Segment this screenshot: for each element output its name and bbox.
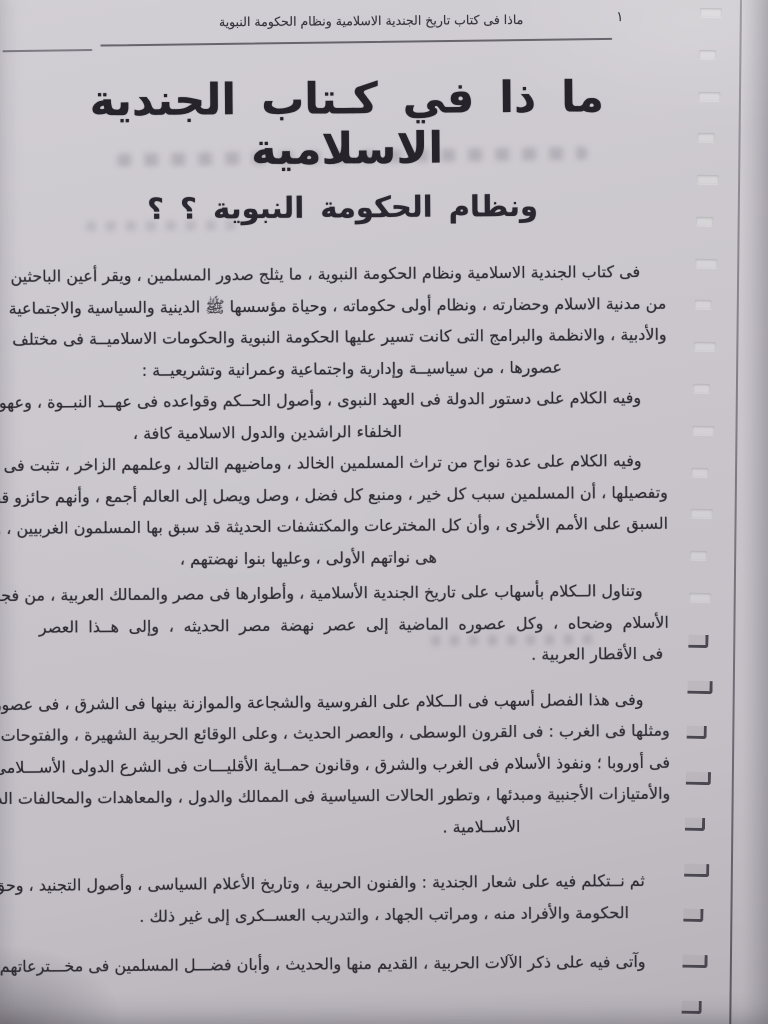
binding-perforation-mark bbox=[685, 818, 705, 831]
binding-perforation-mark bbox=[692, 426, 714, 435]
binding-perforation-mark bbox=[687, 680, 712, 693]
binding-perforation-mark bbox=[691, 509, 713, 518]
binding-perforation-mark bbox=[698, 91, 720, 100]
binding-perforation-mark bbox=[696, 217, 713, 226]
page-subtitle: ونظام الحكومة النبوية ؟ ؟ bbox=[127, 189, 557, 226]
body-line: والأدبية ، والانظمة والبرامج التى كانت ت… bbox=[37, 319, 667, 355]
body-line: من مدنية الاسلام وحضارته ، ونظام أولى حك… bbox=[36, 287, 666, 323]
body-line: ومثلها فى الغرب : فى القرون الوسطى ، وال… bbox=[40, 715, 670, 751]
running-header-title: ماذا فى كتاب تاريخ الجندية الاسلامية ونظ… bbox=[176, 12, 566, 30]
body-line: الأسلام وضحاه ، وكل عصوره الماضية إلى عص… bbox=[39, 606, 669, 642]
body-line: فى الأقطار العربية . bbox=[39, 638, 669, 674]
body-line: وفيه الكلام على عدة نواح من تراث المسلمي… bbox=[38, 445, 668, 481]
body-line: وتفصيلها ، أن المسلمين سبب كل خير ، ومنب… bbox=[38, 476, 668, 512]
binding-perforation-mark bbox=[690, 551, 707, 560]
body-line: وفيه الكلام على دستور الدولة فى العهد ال… bbox=[37, 382, 667, 418]
binding-perforation-mark bbox=[700, 8, 722, 17]
binding-perforation-mark bbox=[684, 863, 709, 876]
binding-perforation-mark bbox=[686, 772, 711, 785]
body-line: السبق على الأمم الأخرى ، وأن كل المخترعا… bbox=[38, 508, 668, 544]
page-edge-shadow bbox=[742, 0, 768, 1024]
paragraph: وتناول الــكلام بأسهاب على تاريخ الجندية… bbox=[39, 575, 670, 674]
binding-perforation-mark bbox=[694, 342, 716, 351]
body-line: ثم نــتكلم فيه على شعار الجندية : والفنو… bbox=[41, 865, 671, 901]
binding-perforation-mark bbox=[699, 50, 716, 59]
binding-perforation-mark bbox=[682, 955, 707, 968]
paragraph: وفيه الكلام على دستور الدولة فى العهد ال… bbox=[37, 382, 667, 450]
binding-perforation-mark bbox=[682, 1001, 702, 1014]
body-line: هى نواتهم الأولى ، وعليها بنوا نهضتهم ، bbox=[0, 540, 623, 576]
body-line: الأســلامية . bbox=[40, 809, 670, 845]
binding-perforation-mark bbox=[687, 726, 707, 739]
body-line: والأمتيازات الأجنبية ومبدئها ، وتطور الح… bbox=[40, 778, 670, 814]
paragraph: وفى هذا الفصل أسهب فى الــكلام على الفرو… bbox=[39, 683, 670, 845]
binding-perforation-mark bbox=[695, 258, 717, 267]
binding-perforation-mark bbox=[698, 133, 715, 142]
binding-perforation-mark bbox=[694, 300, 711, 309]
paragraph: ثم نــتكلم فيه على شعار الجندية : والفنو… bbox=[41, 865, 671, 933]
header-rule-segment bbox=[2, 49, 92, 52]
binding-perforation-mark bbox=[693, 384, 710, 393]
binding-perforation-mark bbox=[689, 593, 711, 602]
body-line: الحكومة والأفراد منه ، ومراتب الجهاد ، و… bbox=[69, 896, 699, 932]
body-line: وتناول الــكلام بأسهاب على تاريخ الجندية… bbox=[39, 575, 669, 611]
page-content: ماذا فى كتاب تاريخ الجندية الاسلامية ونظ… bbox=[0, 0, 768, 1024]
body-line: وآتى فيه على ذكر الآلات الحربية ، القديم… bbox=[41, 946, 671, 982]
paragraph: وفيه الكلام على عدة نواح من تراث المسلمي… bbox=[38, 445, 669, 576]
binding-perforation-mark bbox=[683, 909, 703, 922]
page-title: ما ذا في كـتاب الجندية الاسلامية bbox=[47, 72, 648, 177]
body-line: عصورها ، من سياسيــة وإدارية واجتماعية و… bbox=[37, 350, 667, 386]
paragraph: وآتى فيه على ذكر الآلات الحربية ، القديم… bbox=[41, 946, 671, 982]
binding-perforation-mark bbox=[697, 175, 719, 184]
paragraph: فى كتاب الجندية الاسلامية ونظام الحكومة … bbox=[36, 256, 667, 387]
body-line: الخلفاء الراشدين والدول الاسلامية كافة ، bbox=[0, 414, 582, 450]
header-rule bbox=[100, 38, 612, 47]
body-line: وفى هذا الفصل أسهب فى الــكلام على الفرو… bbox=[39, 683, 669, 719]
binding-perforation-mark bbox=[691, 467, 708, 476]
scanned-book-page: ماذا فى كتاب تاريخ الجندية الاسلامية ونظ… bbox=[0, 0, 768, 1024]
body-text: فى كتاب الجندية الاسلامية ونظام الحكومة … bbox=[36, 256, 672, 982]
binding-perforation-mark bbox=[688, 634, 708, 647]
body-line: فى أوروبا ؛ ونفوذ الأسلام فى الغرب والشر… bbox=[40, 746, 670, 782]
page-number: ١ bbox=[616, 9, 624, 25]
body-line: فى كتاب الجندية الاسلامية ونظام الحكومة … bbox=[36, 256, 666, 292]
